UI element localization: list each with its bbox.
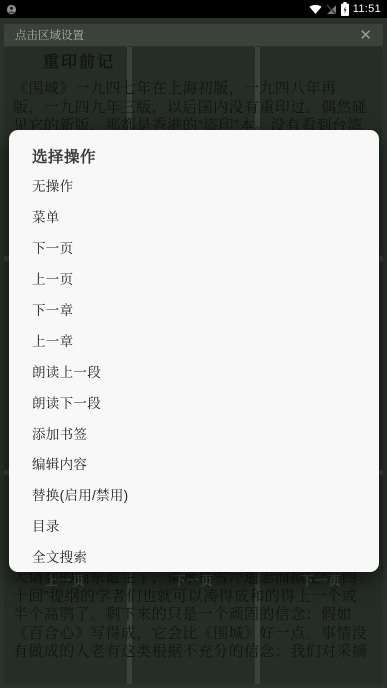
dialog-option-label: 下一页 bbox=[32, 237, 73, 257]
dialog-option-label: 替换(启用/禁用) bbox=[32, 484, 128, 504]
dialog-option-list: 无操作 菜单 下一页 上一页 下一章 上一章 bbox=[9, 170, 379, 572]
dialog-option[interactable]: 朗读下一段 bbox=[9, 386, 379, 417]
screen: 11:51 点击区域设置 ✕ 重印前记 《围城》一九四七年在上海初版，一九四八年… bbox=[0, 0, 387, 688]
dialog-option[interactable]: 上一页 bbox=[9, 263, 379, 294]
dialog-option-label: 添加书签 bbox=[32, 423, 87, 443]
supervised-user-icon bbox=[6, 4, 17, 15]
dialog-option[interactable]: 添加书签 bbox=[9, 417, 379, 448]
dialog-option-label: 朗读上一段 bbox=[32, 361, 101, 381]
dialog-option[interactable]: 下一页 bbox=[9, 232, 379, 263]
status-bar: 11:51 bbox=[0, 0, 387, 18]
wifi-icon bbox=[309, 4, 322, 15]
tap-zone-action-label: 上一页 bbox=[45, 571, 86, 589]
dialog-option[interactable]: 替换(启用/禁用) bbox=[9, 479, 379, 510]
tap-area-settings-label: 点击区域设置 bbox=[15, 27, 84, 43]
dialog-option[interactable]: 下一章 bbox=[9, 294, 379, 325]
no-signal-icon bbox=[326, 4, 337, 15]
tap-zone-action-label: 下一页 bbox=[301, 571, 342, 589]
dialog-option-label: 编辑内容 bbox=[32, 453, 87, 473]
dialog-option-label: 上一章 bbox=[32, 330, 73, 350]
dialog-option-label: 下一章 bbox=[32, 299, 73, 319]
tap-zone-action-label: 下一页 bbox=[173, 571, 214, 589]
dialog-option[interactable]: 菜单 bbox=[9, 201, 379, 232]
dialog-title: 选择操作 bbox=[9, 141, 379, 170]
dialog-option[interactable]: 目录 bbox=[9, 510, 379, 541]
dialog-option-label: 无操作 bbox=[32, 175, 73, 195]
dialog-option-label: 全文搜索 bbox=[32, 546, 87, 566]
dialog-option-label: 菜单 bbox=[32, 206, 60, 226]
dialog-option[interactable]: 朗读上一段 bbox=[9, 355, 379, 386]
dialog-option-label: 上一页 bbox=[32, 268, 73, 288]
select-action-dialog: 选择操作 无操作 菜单 下一页 上一页 下一章 bbox=[9, 130, 379, 572]
dialog-option[interactable]: 编辑内容 bbox=[9, 448, 379, 479]
dialog-option-label: 朗读下一段 bbox=[32, 392, 101, 412]
dialog-option-label: 目录 bbox=[32, 515, 60, 535]
dialog-option[interactable]: 上一章 bbox=[9, 324, 379, 355]
tap-area-settings-bar: 点击区域设置 ✕ bbox=[4, 24, 383, 46]
dialog-option[interactable]: 无操作 bbox=[9, 170, 379, 201]
dialog-option[interactable]: 全文搜索 bbox=[9, 541, 379, 572]
battery-charging-icon bbox=[341, 2, 349, 16]
close-icon[interactable]: ✕ bbox=[359, 28, 372, 43]
clock: 11:51 bbox=[353, 3, 381, 15]
